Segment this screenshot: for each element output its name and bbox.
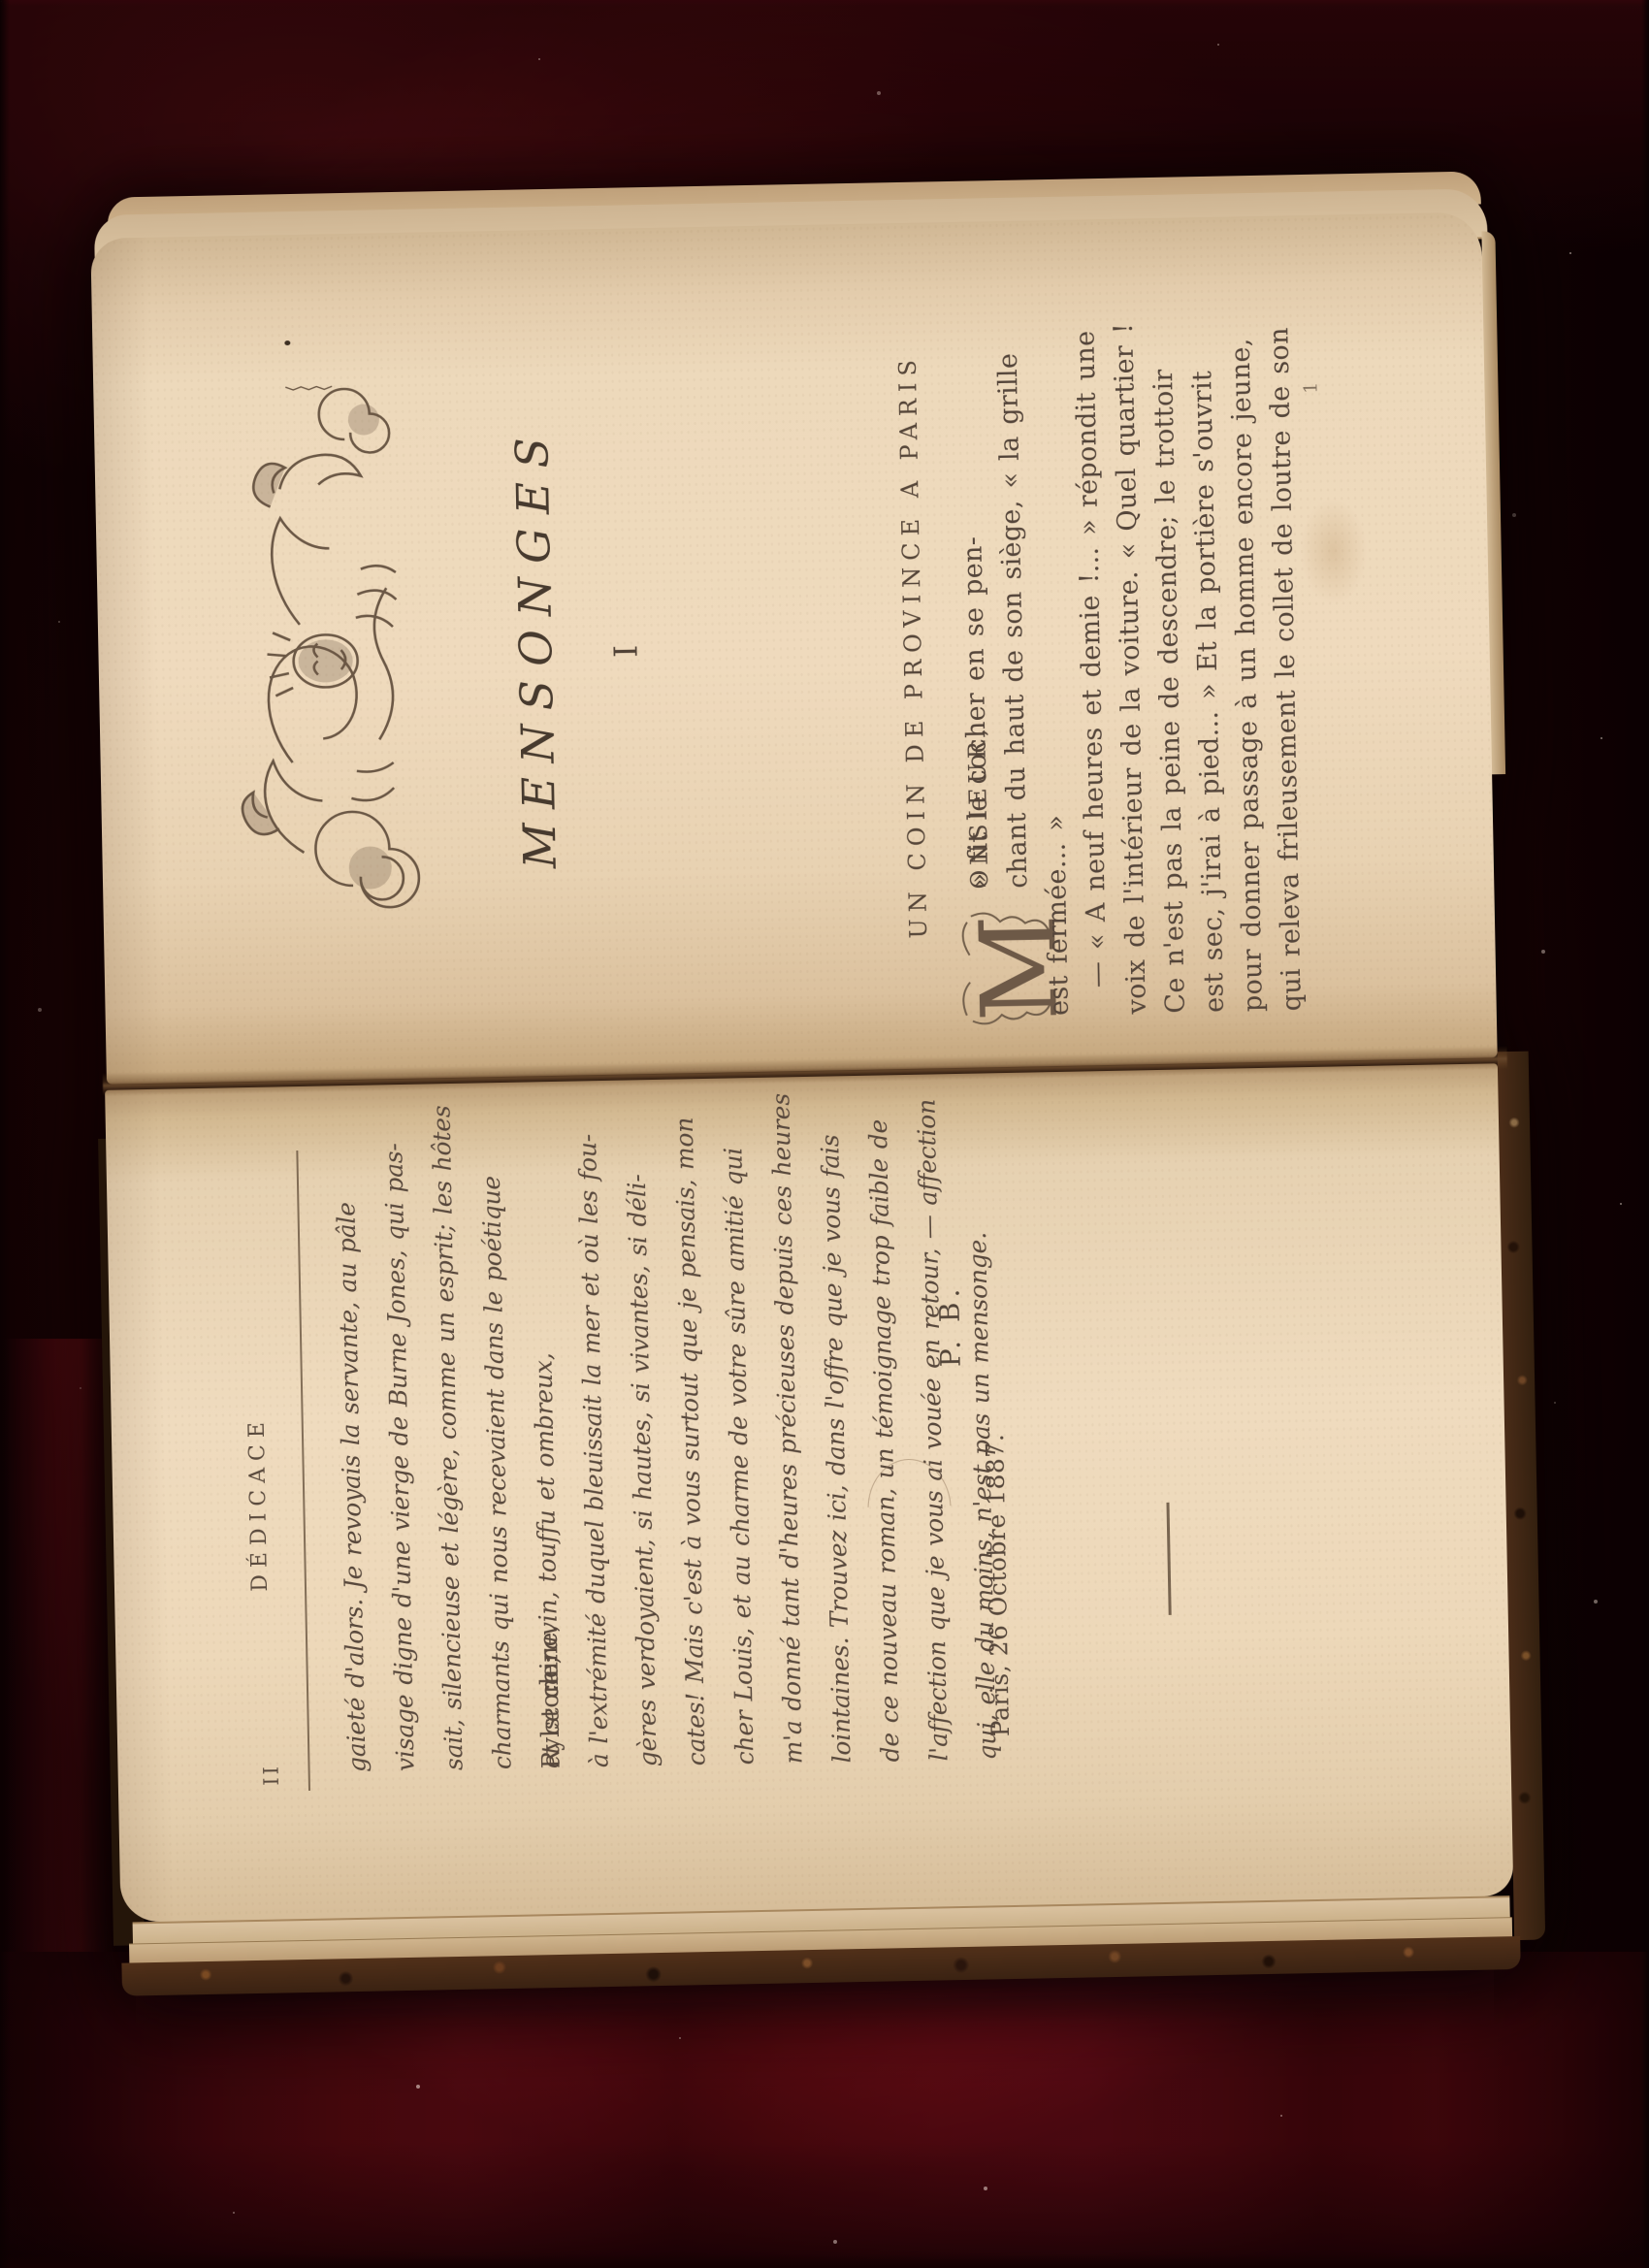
running-head-rule [296, 1150, 310, 1791]
chapter-subtitle: UN COIN DE PROVINCE A PARIS [891, 223, 935, 1069]
dedication-text-block: gaieté d'alors. Je revoyais la servante,… [321, 1131, 1012, 1772]
paper-fleck [284, 340, 290, 345]
verso-page-dedication: II DÉDICACE gaieté d'alors. Je revoyais … [105, 1063, 1513, 1922]
text-line-rest: » fit le cocher en se pen- [954, 536, 999, 890]
author-initials: P. B. [933, 1283, 967, 1367]
recto-page-chapter-one: MENSONGES I UN COIN DE PROVINCE A PARIS … [90, 211, 1497, 1084]
dust-specks [0, 0, 2, 2]
dateline: Paris, 26 Octobre 1887. [981, 1434, 1015, 1737]
separator-rule [1166, 1503, 1171, 1615]
gathering-signature: 1 [1300, 382, 1321, 395]
fabric-left-sliver [0, 1339, 116, 2018]
running-head: DÉDICACE [239, 1087, 278, 1920]
book-title: MENSONGES [501, 230, 570, 1077]
chapter-numeral: I [598, 228, 653, 1075]
paper-stain [1299, 498, 1369, 605]
scanned-book-photo: MENSONGES I UN COIN DE PROVINCE A PARIS … [0, 0, 1649, 2268]
open-book: MENSONGES I UN COIN DE PROVINCE A PARIS … [78, 149, 1531, 2006]
headpiece-ornament-icon [227, 371, 427, 947]
chapter-text-block: ONSIEUR, » fit le cocher en se pen- chan… [950, 298, 1041, 1017]
